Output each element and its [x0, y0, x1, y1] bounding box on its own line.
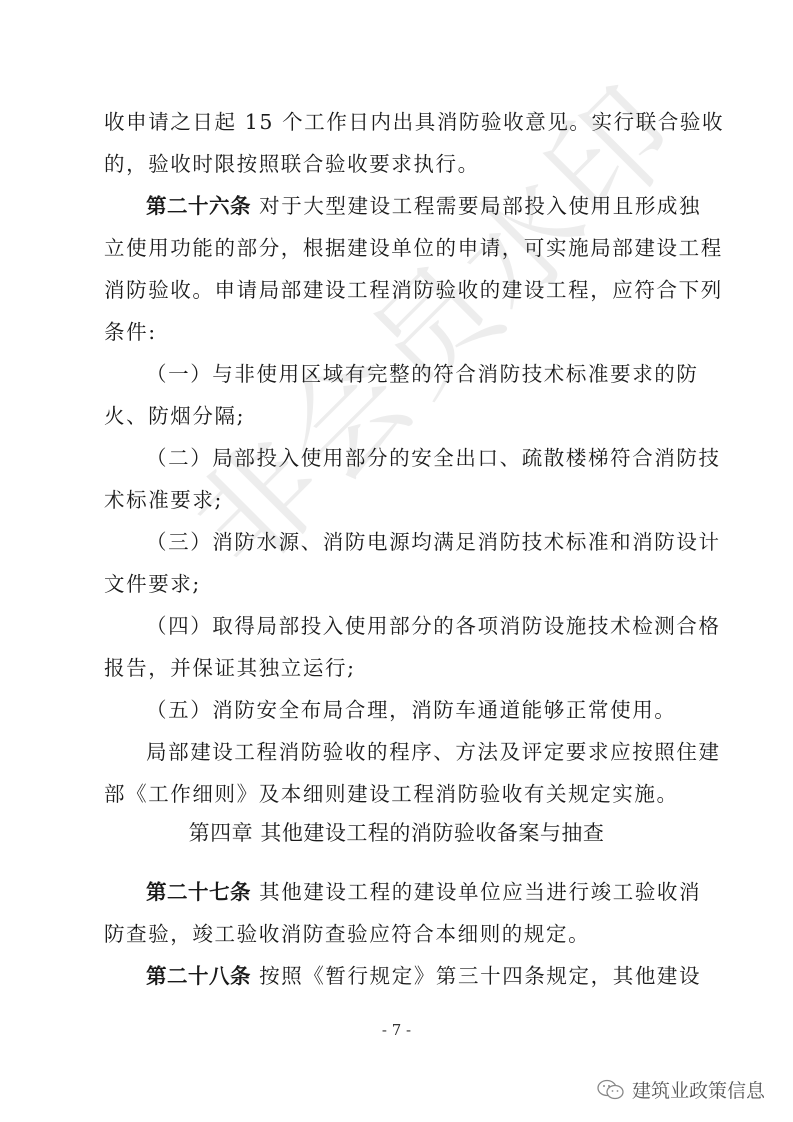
- article-text: 按照《暂行规定》第三十四条规定，其他建设: [251, 964, 701, 988]
- document-page: 非会员水印 收申请之日起 15 个工作日内出具消防验收意见。实行联合验收 的，验…: [0, 0, 793, 1122]
- text-line: 的，验收时限按照联合验收要求执行。: [104, 150, 694, 178]
- footer-brand: 建筑业政策信息: [596, 1076, 765, 1103]
- text-line: 术标准要求;: [104, 486, 694, 514]
- text-line: 文件要求;: [104, 570, 694, 598]
- list-item-1: （一）与非使用区域有完整的符合消防技术标准要求的防: [146, 360, 736, 388]
- article-text: 其他建设工程的建设单位应当进行竣工验收消: [251, 880, 701, 904]
- page-number: - 7 -: [0, 1020, 793, 1040]
- text-line: 部《工作细则》及本细则建设工程消防验收有关规定实施。: [104, 780, 694, 808]
- text-line: 消防验收。申请局部建设工程消防验收的建设工程，应符合下列: [104, 276, 694, 304]
- text-line: 火、防烟分隔;: [104, 402, 694, 430]
- text-line: 立使用功能的部分，根据建设单位的申请，可实施局部建设工程: [104, 234, 694, 262]
- text-line: 报告，并保证其独立运行;: [104, 654, 694, 682]
- text-line: 条件:: [104, 318, 694, 346]
- list-item-5: （五）消防安全布局合理，消防车通道能够正常使用。: [146, 696, 736, 724]
- article-27-line: 第二十七条 其他建设工程的建设单位应当进行竣工验收消: [146, 878, 736, 906]
- wechat-icon: [596, 1078, 626, 1102]
- chapter-title: 第四章 其他建设工程的消防验收备案与抽查: [0, 818, 793, 848]
- article-heading: 第二十六条: [146, 194, 251, 218]
- article-28-line: 第二十八条 按照《暂行规定》第三十四条规定，其他建设: [146, 962, 736, 990]
- article-text: 对于大型建设工程需要局部投入使用且形成独: [251, 194, 701, 218]
- brand-name: 建筑业政策信息: [632, 1076, 765, 1103]
- list-item-4: （四）取得局部投入使用部分的各项消防设施技术检测合格: [146, 612, 736, 640]
- text-line: 防查验，竣工验收消防查验应符合本细则的规定。: [104, 920, 694, 948]
- article-heading: 第二十八条: [146, 964, 251, 988]
- text-line: 收申请之日起 15 个工作日内出具消防验收意见。实行联合验收: [104, 108, 694, 136]
- list-item-2: （二）局部投入使用部分的安全出口、疏散楼梯符合消防技: [146, 444, 736, 472]
- article-26-line: 第二十六条 对于大型建设工程需要局部投入使用且形成独: [146, 192, 736, 220]
- list-item-3: （三）消防水源、消防电源均满足消防技术标准和消防设计: [146, 528, 736, 556]
- paragraph-line: 局部建设工程消防验收的程序、方法及评定要求应按照住建: [146, 738, 736, 766]
- article-heading: 第二十七条: [146, 880, 251, 904]
